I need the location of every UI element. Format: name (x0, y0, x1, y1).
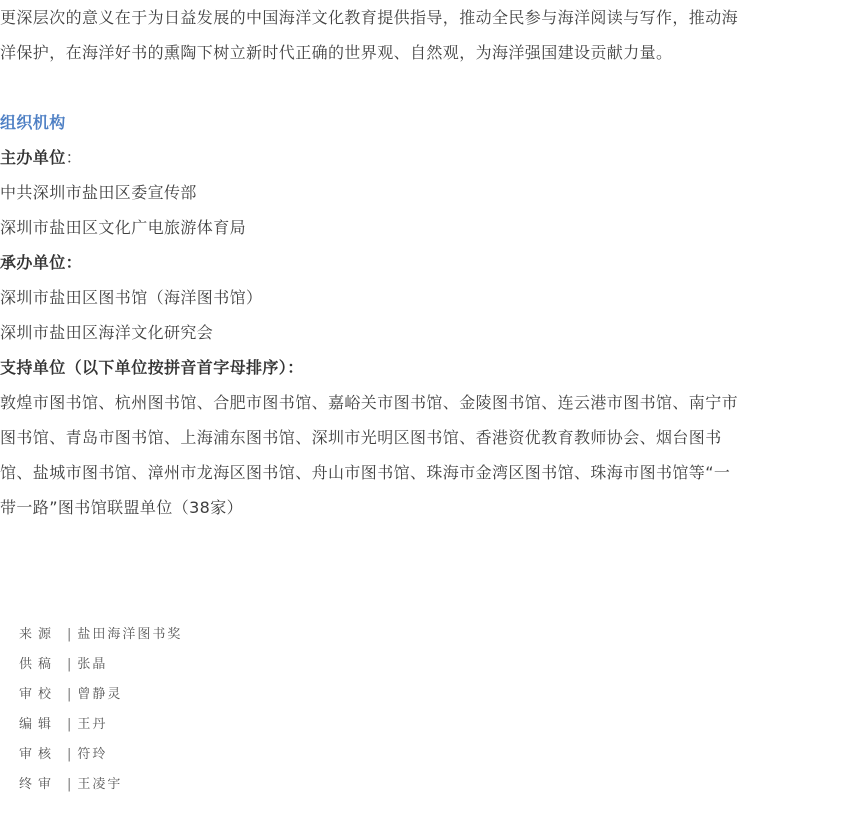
supporter-list-line: 馆、盐城市图书馆、漳州市龙海区图书馆、舟山市图书馆、珠海市金湾区图书馆、珠海市图… (0, 455, 730, 490)
credit-label: 来源 (19, 620, 65, 650)
supporter-list-line: 图书馆、青岛市图书馆、上海浦东图书馆、深圳市光明区图书馆、香港资优教育教师协会、… (0, 420, 722, 455)
credits-block: 来源|盐田海洋图书奖 供稿|张晶 审校|曾静灵 编辑|王丹 审核|符玲 终审|王… (19, 620, 182, 800)
organizer-item: 深圳市盐田区图书馆（海洋图书馆） (0, 280, 262, 315)
credit-label: 审核 (19, 740, 65, 770)
credit-label: 编辑 (19, 710, 65, 740)
section-heading-organization: 组织机构 (0, 105, 66, 140)
credit-value: 张晶 (77, 657, 107, 672)
credit-value: 盐田海洋图书奖 (77, 627, 182, 642)
credit-row-source: 来源|盐田海洋图书奖 (19, 620, 182, 650)
credit-separator: | (67, 710, 73, 740)
credit-row-editor: 编辑|王丹 (19, 710, 182, 740)
credit-separator: | (67, 650, 73, 680)
supporter-label: 支持单位（以下单位按拼音首字母排序）： (0, 350, 304, 385)
credit-separator: | (67, 680, 73, 710)
credit-row-review: 审核|符玲 (19, 740, 182, 770)
credit-value: 王丹 (77, 717, 107, 732)
credit-value: 符玲 (77, 747, 107, 762)
host-label-row: 主办单位： (0, 140, 82, 175)
credit-separator: | (67, 740, 73, 770)
credit-value: 王凌宇 (77, 777, 122, 792)
credit-separator: | (67, 770, 73, 800)
intro-line-2: 洋保护，在海洋好书的熏陶下树立新时代正确的世界观、自然观，为海洋强国建设贡献力量… (0, 35, 672, 70)
host-item: 深圳市盐田区文化广电旅游体育局 (0, 210, 246, 245)
credit-label: 供稿 (19, 650, 65, 680)
credit-row-contributor: 供稿|张晶 (19, 650, 182, 680)
intro-line-1: 更深层次的意义在于为日益发展的中国海洋文化教育提供指导，推动全民参与海洋阅读与写… (0, 0, 738, 35)
credit-row-proofread: 审校|曾静灵 (19, 680, 182, 710)
supporter-list-line: 带一路”图书馆联盟单位（38家） (0, 490, 243, 525)
credit-value: 曾静灵 (77, 687, 122, 702)
credit-label: 终审 (19, 770, 65, 800)
credit-label: 审校 (19, 680, 65, 710)
organizer-item: 深圳市盐田区海洋文化研究会 (0, 315, 213, 350)
host-colon: ： (66, 148, 82, 167)
supporter-list-line: 敦煌市图书馆、杭州图书馆、合肥市图书馆、嘉峪关市图书馆、金陵图书馆、连云港市图书… (0, 385, 738, 420)
organizer-label: 承办单位： (0, 245, 82, 280)
credit-row-final-review: 终审|王凌宇 (19, 770, 182, 800)
credit-separator: | (67, 620, 73, 650)
host-label: 主办单位 (0, 148, 66, 167)
host-item: 中共深圳市盐田区委宣传部 (0, 175, 197, 210)
